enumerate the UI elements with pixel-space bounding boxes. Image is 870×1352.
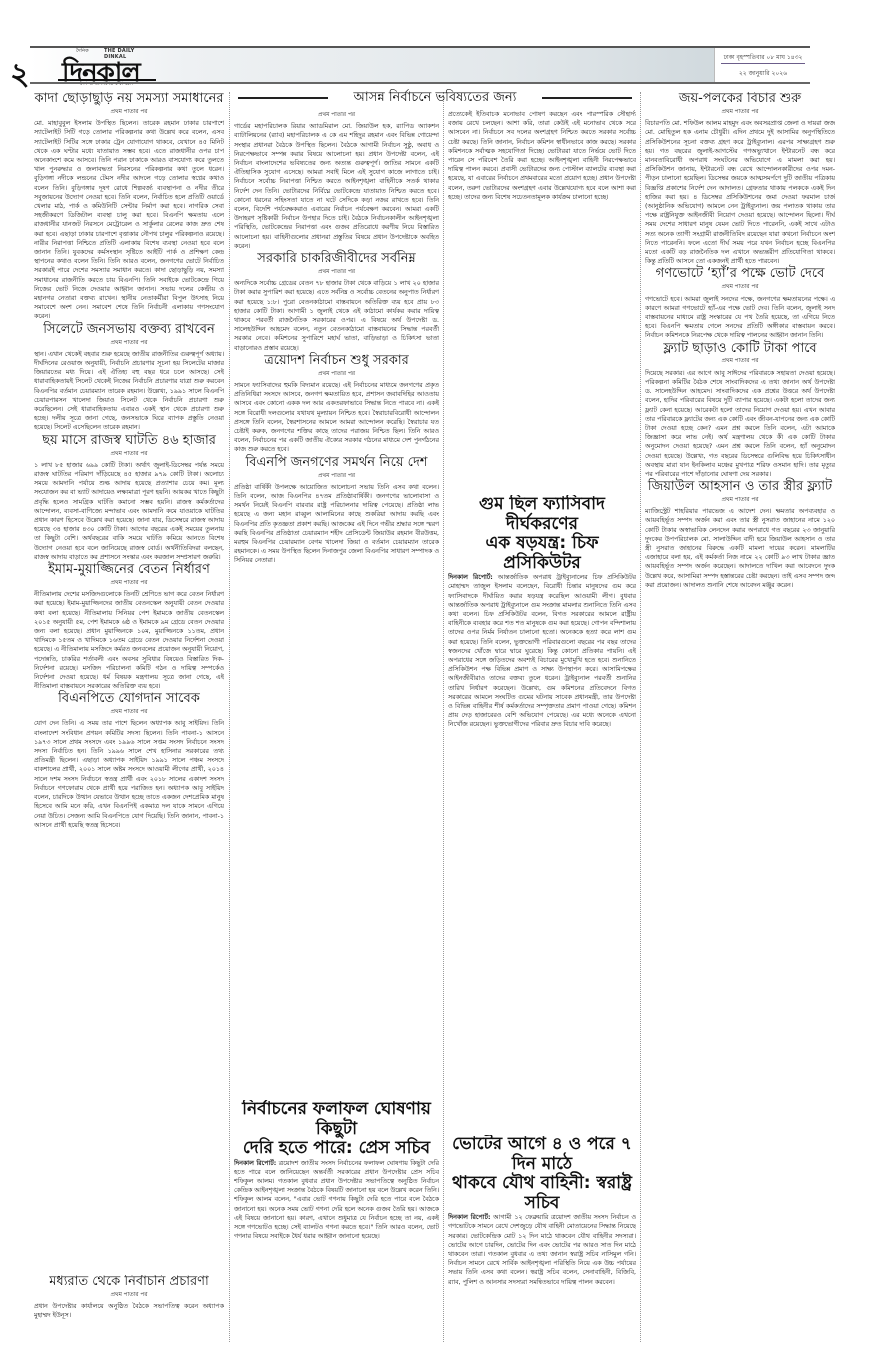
article-body: প্রত্যেকেই ইতিবাচক মনোভাব পোষণ করছেন এবং… bbox=[448, 110, 636, 202]
article-body: বিচারপতি মো. শফিউল আলম মাহমুদ এবং অবসরপ্… bbox=[645, 119, 835, 266]
masthead: ২ দৈনিক THE DAILY DINKAL দিনকাল দেশ ও জন… bbox=[0, 0, 870, 82]
column-1-footer: মধ্যরাত থেকে নির্বাচনি প্রচারণা প্রথম পা… bbox=[34, 1275, 224, 1335]
banner-headline[interactable]: আসন্ন নির্বাচনে ভবিষ্যতের জন্য bbox=[230, 88, 640, 106]
article-headline: দেরি হতে পারে: প্রেস সচিব bbox=[234, 1139, 439, 1159]
article[interactable]: জয়-পলকের বিচার শুরু প্রথম পাতার পর বিচা… bbox=[645, 92, 835, 266]
article[interactable]: ফ্ল্যাট ছাড়াও কোটি টাকা পাবে প্রথম পাতা… bbox=[645, 342, 835, 480]
masthead-bottom-rule bbox=[30, 82, 810, 84]
dateline: দিনকাল রিপোর্ট: bbox=[234, 1160, 276, 1167]
article-body: অন্যদিকে সর্বোচ্চ গ্রেডের বেতন ৭৮ হাজার … bbox=[234, 279, 439, 353]
continued-label: প্রথম পাতার পর bbox=[234, 472, 439, 481]
column-2-lead: নির্বাচনের ফলাফল ঘোষণায় কিছুটা দেরি হতে… bbox=[234, 1100, 439, 1340]
article-headline: জয়-পলকের বিচার শুরু bbox=[645, 92, 835, 107]
column-divider bbox=[443, 92, 444, 1342]
article-headline: জিয়াউল আহসান ও তার স্ত্রীর ফ্ল্যাট bbox=[645, 480, 835, 495]
article-headline: ইমাম-মুয়াজ্জিনের বেতন নির্ধারণ bbox=[34, 563, 224, 578]
dateline: দিনকাল রিপোর্ট: bbox=[448, 1214, 490, 1221]
article-headline: এক ষড়যন্ত্র: চিফ প্রসিকিউটর bbox=[448, 534, 636, 573]
continued-label: প্রথম পাতার পর bbox=[34, 708, 224, 717]
newspaper-logo[interactable]: দৈনিক THE DAILY DINKAL দিনকাল দেশ ও জনগণ… bbox=[58, 48, 156, 82]
article[interactable]: ইমাম-মুয়াজ্জিনের বেতন নির্ধারণ প্রথম পা… bbox=[34, 563, 224, 691]
article-headline: বিএনপিতে যোগদান সাবেক bbox=[34, 692, 224, 707]
column-1: কাদা ছোড়াছুড়ি নয় সমস্যা সমাধানের প্রথ… bbox=[34, 92, 224, 1202]
article-body: দিয়েছে সরকার। এর আগে আবু সাঈদের পরিবারক… bbox=[645, 369, 835, 479]
article[interactable]: জিয়াউল আহসান ও তার স্ত্রীর ফ্ল্যাট প্রথ… bbox=[645, 480, 835, 590]
article-body: ত্রয়োদশ জাতীয় সংসদ নির্বাচনের ফলাফল ঘো… bbox=[234, 1160, 439, 1241]
article[interactable]: বিএনপি জনগণের সমর্থন নিয়ে দেশ প্রথম পাত… bbox=[234, 456, 439, 566]
continued-label: প্রথম পাতার পর bbox=[234, 268, 439, 277]
article[interactable]: প্রথম পাতার পর গার্ডের মহাপরিচালক রিয়ার… bbox=[234, 111, 439, 251]
article[interactable]: সিলেটে জনসভায় বক্তব্য রাখবেন প্রথম পাতা… bbox=[34, 323, 224, 433]
page-number: ২ bbox=[10, 50, 30, 101]
date-gregorian: ২২ জানুয়ারি ২০২৬ bbox=[717, 68, 809, 79]
article[interactable]: প্রত্যেকেই ইতিবাচক মনোভাব পোষণ করছেন এবং… bbox=[448, 110, 636, 202]
date-box: ঢাকা বৃহস্পতিবার ০৮ মাঘ ১৪৩২ ২২ জানুয়ার… bbox=[714, 48, 810, 82]
article[interactable]: কাদা ছোড়াছুড়ি নয় সমস্যা সমাধানের প্রথ… bbox=[34, 92, 224, 322]
dateline: দিনকাল রিপোর্ট: bbox=[448, 574, 493, 581]
article-headline: ফ্ল্যাট ছাড়াও কোটি টাকা পাবে bbox=[645, 342, 835, 357]
article[interactable]: ছয় মাসে রাজস্ব ঘাটতি ৪৬ হাজার প্রথম পাত… bbox=[34, 434, 224, 562]
article-body: আন্তর্জাতিক অপরাধ ট্রাইব্যুনালের চিফ প্র… bbox=[448, 574, 636, 728]
article-headline: কাদা ছোড়াছুড়ি নয় সমস্যা সমাধানের bbox=[34, 92, 224, 107]
article[interactable]: মধ্যরাত থেকে নির্বাচনি প্রচারণা প্রথম পা… bbox=[34, 1275, 224, 1321]
column-divider bbox=[640, 92, 641, 1342]
article-body: যোগ দেন তিনি। এ সময় তার পাশে ছিলেন অধ্য… bbox=[34, 719, 224, 829]
date-divider bbox=[721, 63, 805, 64]
article-body: সামনে ফ্যাসিবাদের হুমকি বিদ্যমান রয়েছে।… bbox=[234, 381, 439, 455]
article[interactable]: ত্রয়োদশ নির্বাচন শুধু সরকার প্রথম পাতার… bbox=[234, 354, 439, 455]
column-3-lead: ভোটের আগে ৪ ও পরে ৭ দিন মাঠে থাকবে যৌথ ব… bbox=[448, 1135, 636, 1340]
article-headline: মধ্যরাত থেকে নির্বাচনি প্রচারণা bbox=[34, 1275, 224, 1290]
article-body: গণভোটে হবে। আমরা জুলাই সনদের পক্ষে, জনগণ… bbox=[645, 295, 835, 341]
continued-label: প্রথম পাতার পর bbox=[234, 111, 439, 120]
continued-label: প্রথম পাতার পর bbox=[234, 370, 439, 379]
article-body: মো. মাহাবুবুল ইসলাম উপস্থিত ছিলেন। তারেক… bbox=[34, 119, 224, 321]
article-body: ম্যাজিস্ট্রেট শাহরিয়ার পারভেজ এ আদেশ দে… bbox=[645, 507, 835, 590]
article[interactable]: সরকারি চাকরিজীবীদের সর্বনিম্ন প্রথম পাতা… bbox=[234, 252, 439, 353]
column-3: প্রত্যেকেই ইতিবাচক মনোভাব পোষণ করছেন এবং… bbox=[448, 110, 636, 495]
column-4: জয়-পলকের বিচার শুরু প্রথম পাতার পর বিচা… bbox=[645, 92, 835, 1337]
logo-bangla: দিনকাল bbox=[62, 52, 140, 96]
article[interactable]: গণভোটে ‘হ্যাঁ’র পক্ষে ভোট দেবে প্রথম পাত… bbox=[645, 267, 835, 340]
article-body: গার্ডের মহাপরিচালক রিয়ার অ্যাডমিরাল মো.… bbox=[234, 122, 439, 251]
article-headline: বিএনপি জনগণের সমর্থন নিয়ে দেশ bbox=[234, 456, 439, 471]
continued-label: প্রথম পাতার পর bbox=[34, 339, 224, 348]
article-body: আগামী ১২ ফেব্রুয়ারি ত্রয়োদশ জাতীয় সংস… bbox=[448, 1214, 636, 1285]
article[interactable]: নির্বাচনের ফলাফল ঘোষণায় কিছুটা দেরি হতে… bbox=[234, 1100, 439, 1241]
continued-label: প্রথম পাতার পর bbox=[645, 496, 835, 505]
article-body: প্রতিষ্ঠা বার্ষিকী উপলক্ষে আয়োজিত আলোচন… bbox=[234, 483, 439, 566]
column-3-feature: গুম ছিল ফ্যাসিবাদ দীর্ঘকরণের এক ষড়যন্ত্… bbox=[448, 495, 636, 1135]
article-headline: নির্বাচনের ফলাফল ঘোষণায় কিছুটা bbox=[234, 1100, 439, 1139]
article-headline: ত্রয়োদশ নির্বাচন শুধু সরকার bbox=[234, 354, 439, 369]
date-bangla: ঢাকা বৃহস্পতিবার ০৮ মাঘ ১৪৩২ bbox=[717, 52, 809, 63]
article-headline: গণভোটে ‘হ্যাঁ’র পক্ষে ভোট দেবে bbox=[645, 267, 835, 282]
column-divider bbox=[229, 92, 230, 1342]
column-2: প্রথম পাতার পর গার্ডের মহাপরিচালক রিয়ার… bbox=[234, 110, 439, 1125]
article-headline: সিলেটে জনসভায় বক্তব্য রাখবেন bbox=[34, 323, 224, 338]
continued-label: প্রথম পাতার পর bbox=[34, 1291, 224, 1300]
continued-label: প্রথম পাতার পর bbox=[34, 579, 224, 588]
continued-label: প্রথম পাতার পর bbox=[645, 357, 835, 366]
continued-label: প্রথম পাতার পর bbox=[34, 450, 224, 459]
article-body: নীতিমালায় দেশের মসজিদগুলোকে তিনটি শ্রেণ… bbox=[34, 590, 224, 691]
continued-label: প্রথম পাতার পর bbox=[645, 108, 835, 117]
headline-rule-right bbox=[542, 97, 632, 99]
headline-rule-left bbox=[238, 97, 328, 99]
continued-label: প্রথম পাতার পর bbox=[34, 108, 224, 117]
article-body: প্রধান উপদেষ্টার কার্যালয়ে অনুষ্ঠিত বৈঠ… bbox=[34, 1302, 224, 1320]
continued-label: প্রথম পাতার পর bbox=[645, 283, 835, 292]
banner-headline-text: আসন্ন নির্বাচনে ভবিষ্যতের জন্য bbox=[330, 88, 540, 109]
article-headline: ছয় মাসে রাজস্ব ঘাটতি ৪৬ হাজার bbox=[34, 434, 224, 449]
article-headline: সরকারি চাকরিজীবীদের সর্বনিম্ন bbox=[234, 252, 439, 267]
article[interactable]: ভোটের আগে ৪ ও পরে ৭ দিন মাঠে থাকবে যৌথ ব… bbox=[448, 1135, 636, 1287]
article[interactable]: গুম ছিল ফ্যাসিবাদ দীর্ঘকরণের এক ষড়যন্ত্… bbox=[448, 495, 636, 730]
article-body: স্থান। এখান থেকেই বহবার শুরু হয়েছে জাতী… bbox=[34, 350, 224, 433]
article-headline: ভোটের আগে ৪ ও পরে ৭ দিন মাঠে bbox=[448, 1135, 636, 1174]
article[interactable]: বিএনপিতে যোগদান সাবেক প্রথম পাতার পর যোগ… bbox=[34, 692, 224, 830]
article-body: ১ লাখ ৮৫ হাজার ৬৯৯ কোটি টাকা। অর্থাৎ জুল… bbox=[34, 461, 224, 562]
article-headline: গুম ছিল ফ্যাসিবাদ দীর্ঘকরণের bbox=[448, 495, 636, 534]
article-headline: থাকবে যৌথ বাহিনী: স্বরাষ্ট্র সচিব bbox=[448, 1174, 636, 1213]
